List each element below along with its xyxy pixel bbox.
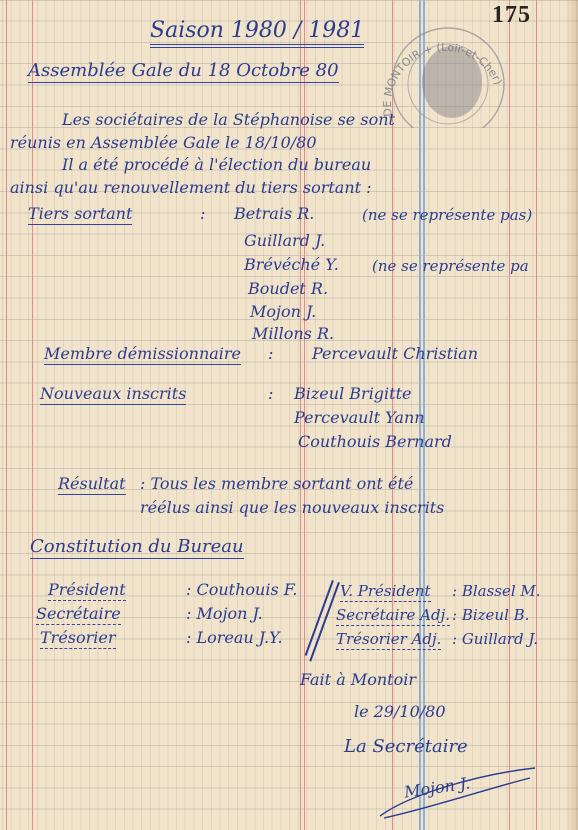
margin-line-red	[32, 0, 33, 830]
resultat-line-1: : Tous les membre sortant ont été	[140, 476, 413, 492]
tiers-member-name: Mojon J.	[250, 304, 316, 320]
margin-line-red	[6, 0, 7, 830]
season-text: Saison 1980 / 1981	[150, 18, 364, 48]
intro-line-4: ainsi qu'au renouvellement du tiers sort…	[10, 180, 372, 196]
nouveaux-name: Percevault Yann	[294, 410, 425, 426]
demissionnaire-label-text: Membre démissionnaire	[44, 344, 241, 365]
meeting-title: Assemblée Gale du 18 Octobre 80	[28, 62, 339, 80]
bureau-role-2-text: Trésorier Adj.	[336, 630, 441, 650]
signature-flourish-icon	[370, 764, 540, 824]
tiers-member-name: Brévéché Y.	[244, 257, 339, 273]
tiers-member-note: (ne se représente pa	[372, 259, 529, 274]
intro-line-3: Il a été procédé à l'élection du bureau	[62, 157, 371, 173]
bureau-role-text: Trésorier	[40, 628, 116, 649]
closing-date: le 29/10/80	[354, 704, 446, 720]
meeting-text: Assemblée Gale du 18 Octobre 80	[28, 60, 339, 83]
bureau-role: Trésorier	[40, 630, 116, 646]
bureau-name-2: : Guillard J.	[452, 632, 538, 647]
bureau-name: : Mojon J.	[186, 606, 263, 622]
tiers-member-name: Millons R.	[252, 326, 334, 342]
closing-place: Fait à Montoir	[300, 672, 416, 688]
nouveaux-name: Couthouis Bernard	[298, 434, 452, 450]
bureau-role-2: Trésorier Adj.	[336, 632, 441, 647]
demissionnaire-name: Percevault Christian	[312, 346, 478, 362]
tiers-sortant-label: Tiers sortant	[28, 206, 132, 222]
bureau-name-2: : Blassel M.	[452, 584, 541, 599]
season-title: Saison 1980 / 1981	[150, 20, 364, 42]
resultat-label-text: Résultat	[58, 474, 126, 495]
bureau-name-2: : Bizeul B.	[452, 608, 529, 623]
tiers-sortant-sep: :	[200, 206, 205, 222]
bureau-role: Secrétaire	[36, 606, 121, 622]
tiers-member-name: Guillard J.	[244, 233, 325, 249]
resultat-label: Résultat	[58, 476, 126, 492]
tiers-member-name: Betrais R.	[234, 206, 314, 222]
bureau-role-2-text: Secrétaire Adj.	[336, 606, 450, 626]
tiers-sortant-label-text: Tiers sortant	[28, 204, 132, 225]
bureau-name: : Couthouis F.	[186, 582, 297, 598]
intro-line-2: réunis en Assemblée Gale le 18/10/80	[10, 135, 317, 151]
bureau-role-2: V. Président	[340, 584, 431, 599]
nouveaux-name: Bizeul Brigitte	[294, 386, 412, 402]
nouveaux-label-text: Nouveaux inscrits	[40, 384, 186, 405]
column-line-red	[536, 0, 537, 830]
nouveaux-label: Nouveaux inscrits	[40, 386, 186, 402]
bureau-title: Constitution du Bureau	[30, 538, 244, 556]
bureau-name: : Loreau J.Y.	[186, 630, 283, 646]
intro-line-1: Les sociétaires de la Stéphanoise se son…	[62, 112, 395, 128]
ledger-page: 175 DE MONTOIR + (Loir-et-Cher) Saison 1…	[0, 0, 578, 830]
bureau-role-text: Secrétaire	[36, 604, 121, 625]
tiers-member-note: (ne se représente pas)	[362, 208, 532, 223]
closing-signatory: La Secrétaire	[344, 738, 468, 756]
demissionnaire-sep: :	[268, 346, 273, 362]
divider-slash	[305, 580, 334, 656]
bureau-role: Président	[48, 582, 126, 598]
bureau-role-text: Président	[48, 580, 126, 601]
resultat-line-2: réélus ainsi que les nouveaux inscrits	[140, 500, 444, 516]
nouveaux-sep: :	[268, 386, 273, 402]
bureau-role-2-text: V. Président	[340, 582, 431, 602]
tiers-member-name: Boudet R.	[248, 281, 328, 297]
bureau-title-text: Constitution du Bureau	[30, 536, 244, 559]
bureau-role-2: Secrétaire Adj.	[336, 608, 450, 623]
demissionnaire-label: Membre démissionnaire	[44, 346, 241, 362]
